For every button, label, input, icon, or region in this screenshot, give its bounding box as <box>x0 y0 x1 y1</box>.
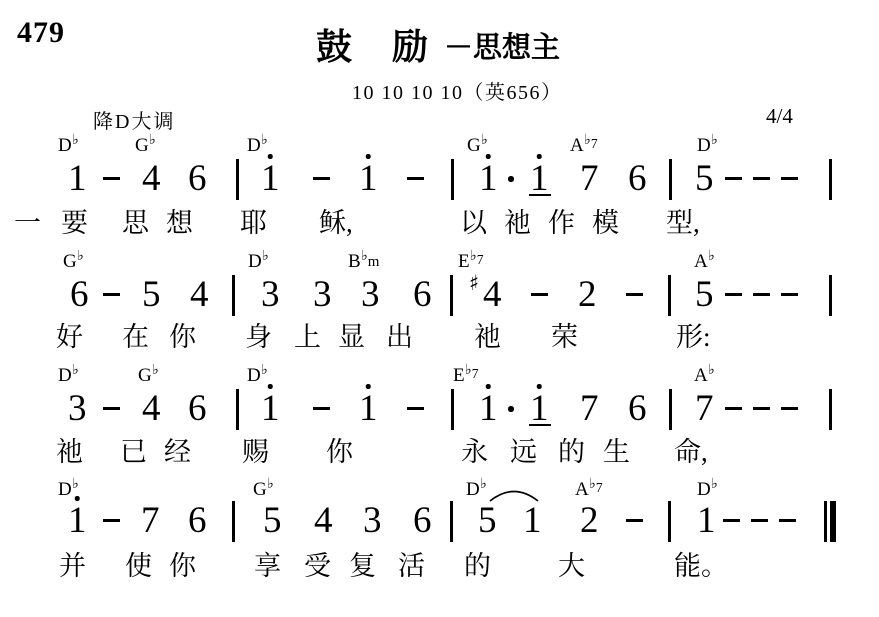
chord-symbol: D♭ <box>697 480 718 502</box>
octave-dot <box>366 154 371 159</box>
chord-symbol: G♭ <box>138 366 159 388</box>
duration-dash <box>725 177 742 180</box>
note-digit: 1 <box>359 390 378 428</box>
hymn-page: 479 鼓 励 －思想主 10 10 10 10（英656） 降D大调 4/4 … <box>0 0 879 617</box>
flat-icon: ♭ <box>72 133 79 148</box>
meter-info: 10 10 10 10（英656） <box>352 76 563 105</box>
note-digit: 4 <box>190 276 209 314</box>
lyric-syllable: 祂 <box>504 208 531 238</box>
octave-dot <box>486 384 491 389</box>
chord-row: D♭G♭D♭A♭7D♭ <box>0 480 879 502</box>
barline <box>451 389 454 430</box>
chord-symbol: D♭ <box>247 136 268 158</box>
lyric-syllable: 生 <box>603 437 630 467</box>
chord-symbol: D♭ <box>247 366 268 388</box>
duration-dash <box>626 519 643 522</box>
page-title: 鼓 励 <box>316 19 430 70</box>
flat-icon: ♭ <box>261 133 268 148</box>
lyric-syllable: 稣, <box>319 208 353 238</box>
lyric-syllable: 经 <box>164 437 191 467</box>
barline <box>668 501 671 542</box>
duration-dash <box>313 177 330 180</box>
lyric-syllable: 你 <box>326 437 353 467</box>
lyric-syllable: 型, <box>666 208 700 238</box>
octave-dot <box>366 384 371 389</box>
note-digit: 6 <box>628 390 647 428</box>
flat-icon: ♭ <box>72 363 79 378</box>
duration-dash <box>753 177 770 180</box>
lyric-syllable: 耶 <box>240 208 267 238</box>
flat-icon: ♭ <box>77 249 84 264</box>
note-digit: 5 <box>142 276 161 314</box>
note-digit: 1 <box>479 160 498 198</box>
note-digit: 4 <box>314 502 333 540</box>
flat-icon: ♭ <box>481 133 488 148</box>
lyric-syllable: 赐 <box>242 437 269 467</box>
note-digit: 1 <box>359 160 378 198</box>
note-digit: 2 <box>580 502 599 540</box>
note-digit: 1 <box>68 160 87 198</box>
note-digit: 1 <box>530 160 549 198</box>
flat-icon: ♭ <box>149 133 156 148</box>
chord-row: D♭G♭D♭G♭A♭7D♭ <box>0 136 879 158</box>
chord-symbol: G♭ <box>135 136 156 158</box>
note-digit: 1 <box>523 502 542 540</box>
duration-dash <box>313 407 330 410</box>
duration-dash <box>753 293 770 296</box>
duration-dash <box>751 519 768 522</box>
lyric-syllable: 模 <box>592 208 619 238</box>
chord-symbol: D♭ <box>697 136 718 158</box>
flat-icon: ♭ <box>708 363 715 378</box>
lyric-syllable: 永 <box>461 437 488 467</box>
duration-dash <box>531 293 548 296</box>
barline <box>829 389 832 430</box>
duration-dash <box>103 293 120 296</box>
chord-symbol: A♭ <box>694 366 715 388</box>
octave-dot <box>268 154 273 159</box>
duration-dash <box>626 293 643 296</box>
barline <box>232 275 235 316</box>
note-digit: 6 <box>188 502 207 540</box>
chord-row: G♭D♭B♭mE♭7A♭ <box>0 252 879 274</box>
augmentation-dot <box>508 176 514 182</box>
duration-dash <box>103 177 120 180</box>
note-digit: 1 <box>530 390 549 428</box>
final-barline <box>824 501 836 542</box>
note-digit: 7 <box>580 390 599 428</box>
lyric-syllable: 形: <box>676 322 711 352</box>
lyric-syllable: 荣 <box>551 322 578 352</box>
barline <box>829 275 832 316</box>
flat-icon: ♭ <box>465 363 472 378</box>
chord-symbol: G♭ <box>253 480 274 502</box>
chord-symbol: D♭ <box>248 252 269 274</box>
page-subtitle: －思想主 <box>444 25 560 66</box>
flat-icon: ♭ <box>711 477 718 492</box>
duration-dash <box>407 177 424 180</box>
lyric-syllable: 好 <box>56 322 83 352</box>
barline <box>450 275 453 316</box>
octave-dot <box>75 496 80 501</box>
eighth-underline <box>529 424 551 426</box>
note-digit: 4 <box>142 160 161 198</box>
chord-symbol: D♭ <box>58 136 79 158</box>
lyric-syllable: 并 <box>59 551 86 581</box>
duration-dash <box>103 519 120 522</box>
key-signature: 降D大调 <box>93 105 175 134</box>
lyric-syllable: 作 <box>548 208 575 238</box>
flat-icon: ♭ <box>152 363 159 378</box>
chord-symbol: D♭ <box>58 366 79 388</box>
barline <box>450 501 453 542</box>
flat-icon: ♭ <box>261 363 268 378</box>
note-digit: 1 <box>697 502 716 540</box>
sharp-icon: ♯ <box>469 272 479 294</box>
barline <box>829 159 832 200</box>
barline <box>236 159 239 200</box>
octave-dot <box>537 154 542 159</box>
flat-icon: ♭ <box>470 249 477 264</box>
lyric-syllable: 想 <box>166 208 193 238</box>
chord-symbol: G♭ <box>63 252 84 274</box>
note-digit: 5 <box>263 502 282 540</box>
note-row: 17654365121 <box>0 502 879 542</box>
lyric-syllable: 要 <box>61 208 88 238</box>
note-digit: 6 <box>413 276 432 314</box>
note-digit: 5 <box>695 160 714 198</box>
lyric-syllable: 上 <box>294 322 321 352</box>
note-row: 3461111767 <box>0 390 879 430</box>
lyric-syllable: 的 <box>558 437 585 467</box>
lyric-syllable: 使 <box>125 551 152 581</box>
lyric-syllable: 身 <box>245 322 272 352</box>
duration-dash <box>725 407 742 410</box>
note-digit: 2 <box>578 276 597 314</box>
barline <box>669 389 672 430</box>
flat-icon: ♭ <box>584 133 591 148</box>
octave-dot <box>486 154 491 159</box>
lyric-syllable: 大 <box>558 551 585 581</box>
flat-icon: ♭ <box>267 477 274 492</box>
barline <box>451 159 454 200</box>
lyric-syllable: 一 <box>14 208 41 238</box>
lyric-syllable: 思 <box>122 208 149 238</box>
note-digit: 6 <box>188 390 207 428</box>
note-digit: 1 <box>261 390 280 428</box>
duration-dash <box>103 407 120 410</box>
barline <box>668 275 671 316</box>
duration-dash <box>781 407 798 410</box>
note-digit: 6 <box>413 502 432 540</box>
flat-icon: ♭ <box>708 249 715 264</box>
lyric-syllable: 享 <box>254 551 281 581</box>
chord-symbol: E♭7 <box>453 366 478 388</box>
duration-dash <box>753 407 770 410</box>
note-digit: 1 <box>479 390 498 428</box>
duration-dash <box>723 519 740 522</box>
barline <box>669 159 672 200</box>
note-digit: 5 <box>695 276 714 314</box>
lyric-row: 祂已经赐你永远的生命, <box>0 437 879 469</box>
chord-symbol: A♭7 <box>570 136 598 158</box>
lyric-syllable: 祂 <box>56 437 83 467</box>
lyric-syllable: 命, <box>674 437 708 467</box>
note-digit: 7 <box>141 502 160 540</box>
lyric-syllable: 显 <box>338 322 365 352</box>
duration-dash <box>781 177 798 180</box>
note-row: 1461111765 <box>0 160 879 200</box>
time-signature: 4/4 <box>766 104 793 129</box>
lyric-syllable: 受 <box>304 551 331 581</box>
lyric-syllable: 复 <box>349 551 376 581</box>
note-digit: 6 <box>628 160 647 198</box>
flat-icon: ♭ <box>711 133 718 148</box>
chord-symbol: D♭ <box>466 480 487 502</box>
lyric-syllable: 远 <box>510 437 537 467</box>
chord-symbol: B♭m <box>348 252 379 274</box>
lyric-syllable: 祂 <box>474 322 501 352</box>
note-digit: 6 <box>70 276 89 314</box>
barline <box>236 389 239 430</box>
chord-symbol: G♭ <box>467 136 488 158</box>
note-digit: 3 <box>68 390 87 428</box>
flat-icon: ♭ <box>361 249 368 264</box>
flat-icon: ♭ <box>589 477 596 492</box>
lyric-syllable: 的 <box>464 551 491 581</box>
lyric-syllable: 已 <box>120 437 147 467</box>
eighth-underline <box>529 194 551 196</box>
lyric-row: 并使你享受复活的大能。 <box>0 551 879 583</box>
note-digit: 1 <box>261 160 280 198</box>
flat-icon: ♭ <box>480 477 487 492</box>
note-row: 6543336♯425 <box>0 276 879 316</box>
note-digit: 3 <box>361 276 380 314</box>
duration-dash <box>407 407 424 410</box>
flat-icon: ♭ <box>72 477 79 492</box>
note-digit: 6 <box>188 160 207 198</box>
chord-row: D♭G♭D♭E♭7A♭ <box>0 366 879 388</box>
duration-dash <box>725 293 742 296</box>
lyric-syllable: 在 <box>122 322 149 352</box>
note-digit: 7 <box>580 160 599 198</box>
augmentation-dot <box>508 406 514 412</box>
lyric-syllable: 活 <box>398 551 425 581</box>
barline <box>232 501 235 542</box>
lyric-syllable: 出 <box>386 322 413 352</box>
octave-dot <box>537 384 542 389</box>
note-digit: ♯4 <box>483 276 502 314</box>
duration-dash <box>781 293 798 296</box>
note-digit: 1 <box>68 502 87 540</box>
lyric-syllable: 能。 <box>674 551 728 581</box>
note-digit: 7 <box>695 390 714 428</box>
chord-symbol: A♭7 <box>575 480 603 502</box>
lyric-row: 好在你身上显出祂荣形: <box>0 322 879 354</box>
note-digit: 3 <box>313 276 332 314</box>
lyric-syllable: 你 <box>169 322 196 352</box>
hymn-number: 479 <box>17 16 65 50</box>
note-digit: 3 <box>261 276 280 314</box>
lyric-syllable: 你 <box>169 551 196 581</box>
note-digit: 3 <box>363 502 382 540</box>
chord-symbol: A♭ <box>694 252 715 274</box>
note-digit: 4 <box>142 390 161 428</box>
lyric-syllable: 以 <box>460 208 487 238</box>
lyric-row: 一要思想耶稣,以祂作模型, <box>0 208 879 240</box>
duration-dash <box>779 519 796 522</box>
flat-icon: ♭ <box>262 249 269 264</box>
octave-dot <box>268 384 273 389</box>
